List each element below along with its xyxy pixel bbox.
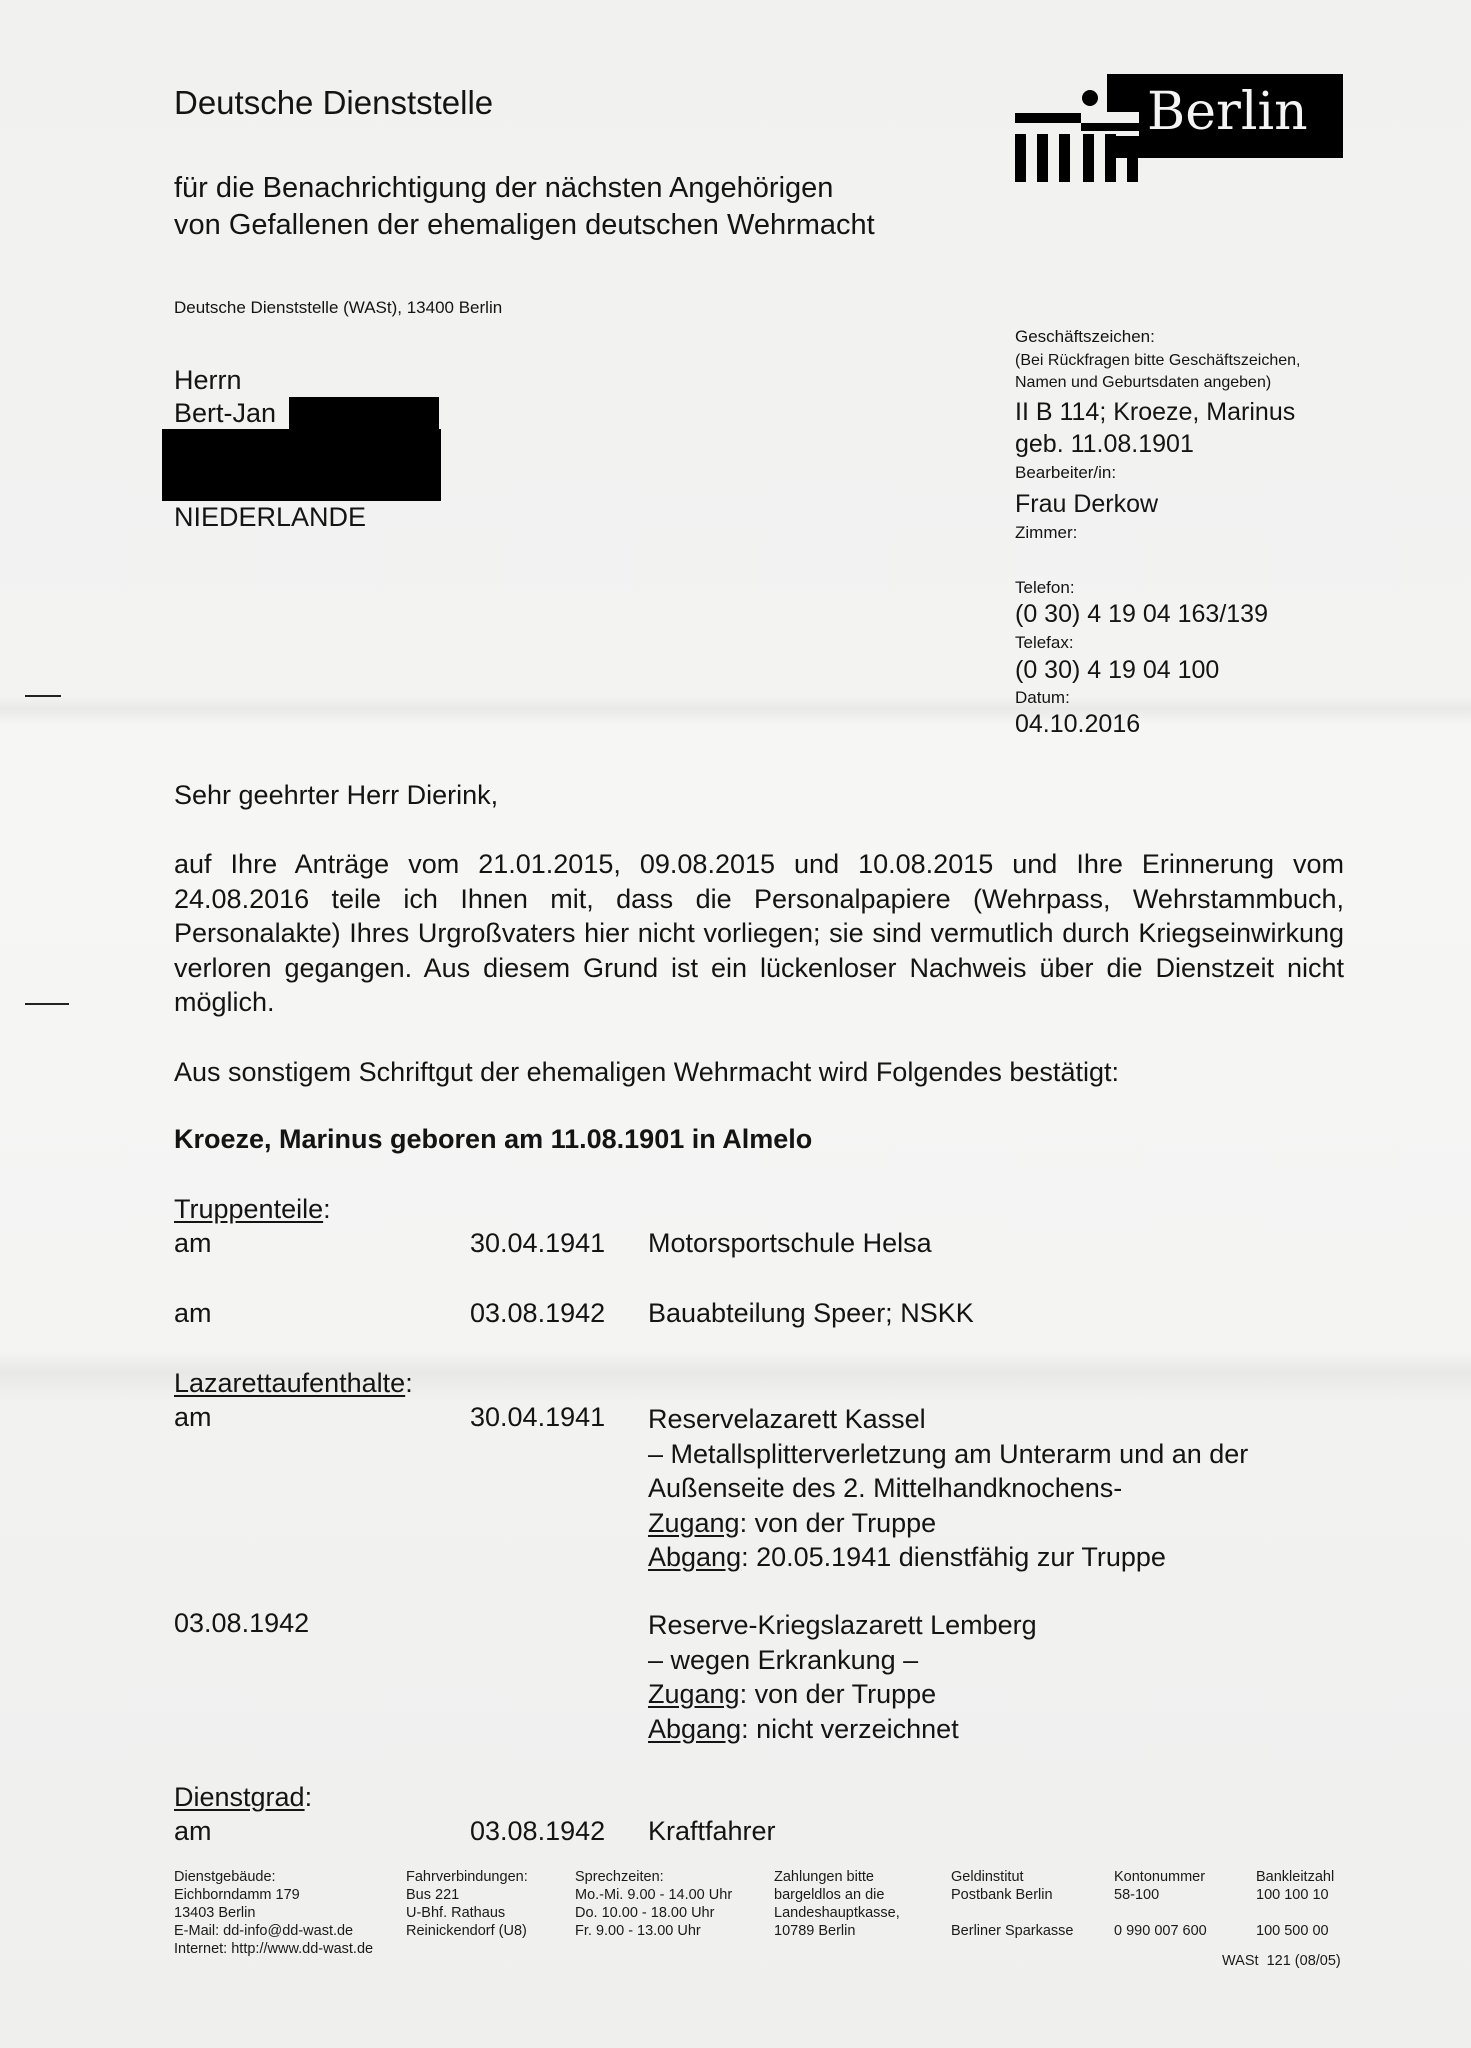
- brandenburg-gate-column-icon: [1015, 134, 1026, 182]
- footer-col-dienstgebaeude: Dienstgebäude: Eichborndamm 179 13403 Be…: [174, 1868, 373, 1958]
- logo-wordmark: Berlin: [1147, 82, 1308, 142]
- redaction-bar: [162, 429, 441, 501]
- entry-text: Kraftfahrer: [648, 1816, 776, 1847]
- paragraph-2: Aus sonstigem Schriftgut der ehemaligen …: [174, 1057, 1119, 1088]
- zimmer-label: Zimmer:: [1015, 523, 1077, 543]
- footer-line: Sprechzeiten:: [575, 1868, 732, 1886]
- footer-col-kontonummer: Kontonummer 58-100 0 990 007 600: [1114, 1868, 1207, 1940]
- zugang-value: : von der Truppe: [740, 1679, 937, 1709]
- entry-line: – Metallsplitterverletzung am Unterarm u…: [648, 1437, 1248, 1472]
- entry-date: 03.08.1942: [470, 1816, 605, 1847]
- footer-email-link[interactable]: E-Mail: dd-info@dd-wast.de: [174, 1922, 373, 1940]
- footer-col-zahlungen: Zahlungen bitte bargeldlos an die Landes…: [774, 1868, 900, 1940]
- footer-line: Berliner Sparkasse: [951, 1922, 1074, 1940]
- redaction-bar: [289, 397, 439, 430]
- footer-spacer: [951, 1904, 1074, 1922]
- org-subtitle-line: von Gefallenen der ehemaligen deutschen …: [174, 207, 875, 244]
- telefax-value: (0 30) 4 19 04 100: [1015, 656, 1219, 685]
- footer-line: 100 100 10: [1256, 1886, 1334, 1904]
- abgang-label: Abgang: [648, 1542, 741, 1572]
- abgang-line: Abgang: 20.05.1941 dienstfähig zur Trupp…: [648, 1540, 1248, 1575]
- zugang-value: : von der Truppe: [740, 1508, 937, 1538]
- punch-mark: [25, 1003, 69, 1005]
- brandenburg-gate-column-icon: [1127, 158, 1138, 182]
- entry-date: 30.04.1941: [470, 1228, 605, 1259]
- recipient-address: Herrn Bert-Jan: [174, 364, 276, 430]
- footer-line: Zahlungen bitte: [774, 1868, 900, 1886]
- section-heading-text: Lazarettaufenthalte: [174, 1368, 405, 1398]
- footer-line: Bus 221: [406, 1886, 528, 1904]
- org-subtitle: für die Benachrichtigung der nächsten An…: [174, 170, 875, 244]
- zugang-line: Zugang: von der Truppe: [648, 1677, 1037, 1712]
- footer-spacer: [1256, 1904, 1334, 1922]
- geschaeftszeichen-label: Geschäftszeichen:: [1015, 327, 1155, 347]
- abgang-value: : nicht verzeichnet: [741, 1714, 959, 1744]
- paragraph-1: auf Ihre Anträge vom 21.01.2015, 09.08.2…: [174, 847, 1344, 1020]
- footer-line: Fahrverbindungen:: [406, 1868, 528, 1886]
- section-heading-lazarett: Lazarettaufenthalte:: [174, 1368, 413, 1399]
- greeting: Sehr geehrter Herr Dierink,: [174, 780, 498, 811]
- geschaeftszeichen-note: Namen und Geburtsdaten angeben): [1015, 374, 1271, 392]
- berlin-logo: Berlin: [1013, 74, 1343, 182]
- footer-line: Eichborndamm 179: [174, 1886, 373, 1904]
- abgang-label: Abgang: [648, 1714, 741, 1744]
- form-code: WASt 121 (08/05): [1222, 1952, 1341, 1970]
- footer-line: Do. 10.00 - 18.00 Uhr: [575, 1904, 732, 1922]
- footer-col-geldinstitut: Geldinstitut Postbank Berlin Berliner Sp…: [951, 1868, 1074, 1940]
- abgang-line: Abgang: nicht verzeichnet: [648, 1712, 1037, 1747]
- entry-date: 30.04.1941: [470, 1402, 605, 1433]
- footer-line: Reinickendorf (U8): [406, 1922, 528, 1940]
- zugang-label: Zugang: [648, 1679, 740, 1709]
- brandenburg-gate-column-icon: [1037, 134, 1048, 182]
- footer-line: Dienstgebäude:: [174, 1868, 373, 1886]
- entry-prefix: am: [174, 1402, 212, 1433]
- entry-text: Motorsportschule Helsa: [648, 1228, 932, 1259]
- footer-col-bankleitzahl: Bankleitzahl 100 100 10 100 500 00: [1256, 1868, 1334, 1940]
- footer-line: Geldinstitut: [951, 1868, 1074, 1886]
- paragraph-1-text: auf Ihre Anträge vom 21.01.2015, 09.08.2…: [174, 849, 1344, 1017]
- footer-line: Fr. 9.00 - 13.00 Uhr: [575, 1922, 732, 1940]
- fold-mark: [25, 695, 61, 697]
- footer-line: 13403 Berlin: [174, 1904, 373, 1922]
- footer-col-fahrverbindungen: Fahrverbindungen: Bus 221 U-Bhf. Rathaus…: [406, 1868, 528, 1940]
- footer-line: Mo.-Mi. 9.00 - 14.00 Uhr: [575, 1886, 732, 1904]
- brandenburg-gate-dot-icon: [1082, 90, 1098, 106]
- recipient-first-name: Bert-Jan: [174, 397, 276, 430]
- abgang-value: : 20.05.1941 dienstfähig zur Truppe: [741, 1542, 1166, 1572]
- entry-details: Reserve-Kriegslazarett Lemberg – wegen E…: [648, 1608, 1037, 1746]
- footer-line: 100 500 00: [1256, 1922, 1334, 1940]
- org-subtitle-line: für die Benachrichtigung der nächsten An…: [174, 170, 875, 207]
- sender-line: Deutsche Dienststelle (WASt), 13400 Berl…: [174, 298, 502, 318]
- datum-label: Datum:: [1015, 688, 1070, 708]
- entry-details: Reservelazarett Kassel – Metallsplitterv…: [648, 1402, 1248, 1575]
- entry-prefix: am: [174, 1816, 212, 1847]
- datum-value: 04.10.2016: [1015, 710, 1140, 739]
- brandenburg-gate-column-icon: [1083, 134, 1094, 182]
- footer-line: Postbank Berlin: [951, 1886, 1074, 1904]
- entry-date: 03.08.1942: [470, 1298, 605, 1329]
- geschaeftszeichen-value: II B 114; Kroeze, Marinus: [1015, 398, 1295, 427]
- entry-prefix: 03.08.1942: [174, 1608, 309, 1639]
- footer-line: Landeshauptkasse,: [774, 1904, 900, 1922]
- footer-line: 58-100: [1114, 1886, 1207, 1904]
- recipient-salutation: Herrn: [174, 364, 276, 397]
- entry-prefix: am: [174, 1298, 212, 1329]
- telefon-value: (0 30) 4 19 04 163/139: [1015, 600, 1268, 629]
- section-heading-text: Dienstgrad: [174, 1782, 305, 1812]
- birth-date-value: geb. 11.08.1901: [1015, 430, 1194, 459]
- footer-line: 0 990 007 600: [1114, 1922, 1207, 1940]
- footer-line: U-Bhf. Rathaus: [406, 1904, 528, 1922]
- footer-line: 10789 Berlin: [774, 1922, 900, 1940]
- bearbeiter-value: Frau Derkow: [1015, 490, 1158, 519]
- footer-col-sprechzeiten: Sprechzeiten: Mo.-Mi. 9.00 - 14.00 Uhr D…: [575, 1868, 732, 1940]
- entry-line: Reserve-Kriegslazarett Lemberg: [648, 1608, 1037, 1643]
- zugang-line: Zugang: von der Truppe: [648, 1506, 1248, 1541]
- section-heading-text: Truppenteile: [174, 1194, 323, 1224]
- entry-line: – wegen Erkrankung –: [648, 1643, 1037, 1678]
- subject-line: Kroeze, Marinus geboren am 11.08.1901 in…: [174, 1124, 812, 1155]
- telefon-label: Telefon:: [1015, 578, 1075, 598]
- section-heading-truppenteile: Truppenteile:: [174, 1194, 331, 1225]
- brandenburg-gate-column-icon: [1105, 134, 1116, 182]
- entry-line: Außenseite des 2. Mittelhandknochens-: [648, 1471, 1248, 1506]
- footer-line: bargeldlos an die: [774, 1886, 900, 1904]
- zugang-label: Zugang: [648, 1508, 740, 1538]
- footer-spacer: [1114, 1904, 1207, 1922]
- section-heading-dienstgrad: Dienstgrad:: [174, 1782, 312, 1813]
- org-title: Deutsche Dienststelle: [174, 84, 493, 122]
- footer-website-link[interactable]: Internet: http://www.dd-wast.de: [174, 1940, 373, 1958]
- footer-line: Bankleitzahl: [1256, 1868, 1334, 1886]
- brandenburg-gate-beam-icon: [1081, 123, 1141, 131]
- brandenburg-gate-beam-icon: [1015, 113, 1081, 123]
- entry-prefix: am: [174, 1228, 212, 1259]
- recipient-country: NIEDERLANDE: [174, 502, 366, 533]
- geschaeftszeichen-note: (Bei Rückfragen bitte Geschäftszeichen,: [1015, 352, 1300, 370]
- bearbeiter-label: Bearbeiter/in:: [1015, 463, 1116, 483]
- brandenburg-gate-column-icon: [1059, 134, 1070, 182]
- entry-line: Reservelazarett Kassel: [648, 1402, 1248, 1437]
- entry-text: Bauabteilung Speer; NSKK: [648, 1298, 974, 1329]
- telefax-label: Telefax:: [1015, 633, 1074, 653]
- footer-line: Kontonummer: [1114, 1868, 1207, 1886]
